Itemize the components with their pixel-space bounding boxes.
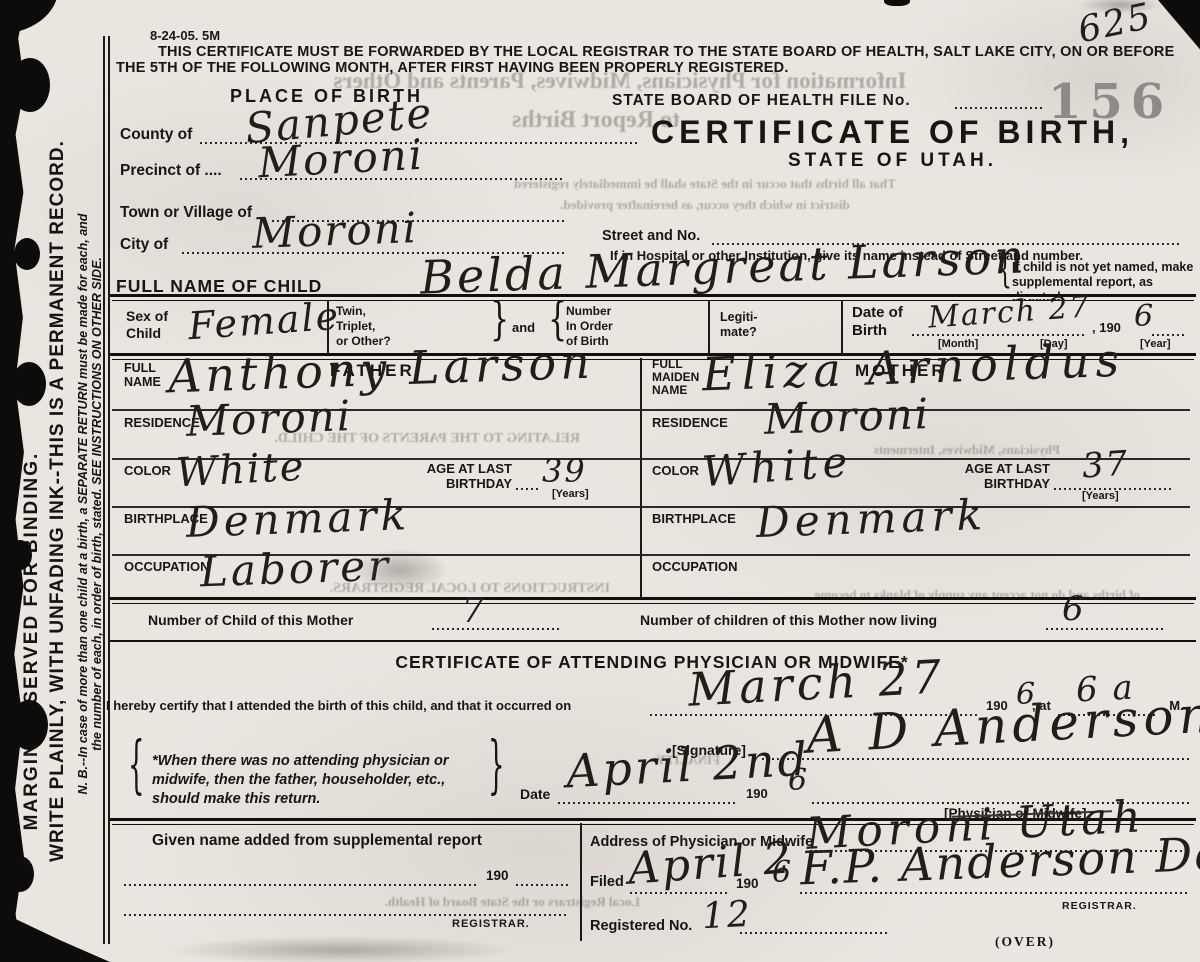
- father-years-label: [Years]: [552, 488, 589, 500]
- smudge: [330, 540, 470, 600]
- margin-nb-note: N. B.--In case of more than one child at…: [76, 64, 104, 944]
- mother-residence-value: Moroni: [763, 393, 931, 441]
- supplemental-year-leader: [516, 884, 568, 886]
- divider: [110, 640, 1196, 642]
- no-physician-note: *When there was no attending physician o…: [152, 752, 449, 809]
- supplemental-year: 190: [486, 868, 509, 883]
- children-living-value: 6: [1062, 592, 1086, 626]
- father-occupation-label: OCCUPATION: [124, 559, 209, 574]
- father-color-value: White: [175, 447, 306, 494]
- and-label: and: [512, 320, 535, 335]
- ink-blot: [14, 238, 40, 270]
- certify-statement: I hereby certify that I attended the bir…: [106, 698, 571, 713]
- legitimate-label: Legiti- mate?: [720, 310, 758, 340]
- registrar-sign-leader: [124, 914, 568, 916]
- father-age-value: 39: [542, 455, 587, 487]
- file-no-leader: [955, 107, 1045, 109]
- mother-residence-label: RESIDENCE: [652, 415, 728, 430]
- father-color-label: COLOR: [124, 463, 171, 478]
- write-line: [642, 554, 1190, 556]
- precinct-label: Precinct of ....: [120, 162, 222, 180]
- ink-blot: [8, 540, 32, 570]
- filed-year-printed: 190: [736, 876, 759, 891]
- dob-label: Date of Birth: [852, 304, 903, 340]
- punch-hole: [10, 700, 48, 750]
- smudge: [1060, 0, 1180, 18]
- ink-blot: [6, 856, 34, 892]
- date-year-printed: 190: [746, 786, 768, 801]
- filed-year-digit: 6: [772, 858, 793, 888]
- date-label: Date: [520, 786, 550, 802]
- note-brace-open: {: [128, 731, 145, 803]
- children-living-label: Number of children of this Mother now li…: [640, 612, 937, 628]
- mother-age-value: 37: [1081, 446, 1131, 483]
- dob-year-leader: [1152, 334, 1186, 336]
- form-code: 8-24-05. 5M: [150, 28, 220, 43]
- registrar-small-label: REGISTRAR.: [1062, 900, 1137, 912]
- mother-color-label: COLOR: [652, 463, 699, 478]
- divider: [110, 597, 1196, 602]
- file-no-label: STATE BOARD OF HEALTH FILE No.: [612, 92, 911, 110]
- certificate-subtitle: STATE OF UTAH.: [595, 150, 1190, 172]
- father-age-label: AGE AT LAST BIRTHDAY: [402, 461, 512, 491]
- year-label: [Year]: [1140, 338, 1171, 350]
- cell-border: [708, 300, 710, 353]
- punch-hole: [12, 362, 46, 406]
- father-birthplace-value: Denmark: [185, 494, 410, 544]
- father-age-leader: [516, 488, 540, 490]
- margin-nb-line2: the number of each, in order of birth, s…: [90, 257, 104, 751]
- footer-column-divider: [580, 823, 582, 941]
- father-residence-value: Moroni: [185, 395, 353, 443]
- mother-birthplace-value: Denmark: [755, 494, 987, 544]
- child-number-label: Number of Child of this Mother: [148, 612, 353, 628]
- margin-nb-line1: N. B.--In case of more than one child at…: [76, 214, 90, 795]
- birth-certificate-scan: Information for Physicians, Midwives, Pa…: [0, 0, 1200, 962]
- mother-occupation-label: OCCUPATION: [652, 559, 737, 574]
- city-label: City of: [120, 236, 168, 254]
- child-name-value: Belda Margreat Larson: [419, 233, 1027, 300]
- father-name-label: FULL NAME: [124, 361, 161, 389]
- city-value: Moroni: [251, 207, 419, 255]
- mother-birthplace-label: BIRTHPLACE: [652, 511, 736, 526]
- sex-value: Female: [187, 297, 341, 346]
- child-number-leader: [432, 628, 562, 630]
- mother-name-label: FULL MAIDEN NAME: [652, 358, 699, 397]
- registered-no-leader: [740, 932, 890, 934]
- parent-column-divider: [640, 358, 642, 598]
- dob-year-digit: 6: [1134, 302, 1155, 332]
- supplemental-label: Given name added from supplemental repor…: [152, 832, 482, 850]
- date-value: April 2nd: [565, 736, 811, 795]
- filed-label: Filed: [590, 874, 624, 890]
- physician-section-title: CERTIFICATE OF ATTENDING PHYSICIAN OR MI…: [112, 652, 1192, 673]
- forwarding-notice: THIS CERTIFICATE MUST BE FORWARDED BY TH…: [116, 44, 1176, 76]
- registered-no-label: Registered No.: [590, 918, 692, 934]
- ink-blot: [10, 58, 50, 112]
- binding-rule-inner: [108, 36, 110, 944]
- binding-rule: [103, 36, 105, 944]
- child-note-brace: {: [998, 248, 1012, 293]
- note-brace-close: }: [488, 731, 505, 803]
- smudge: [90, 930, 590, 962]
- mother-name-value: Eliza Arnoldus: [701, 337, 1126, 398]
- edge-mark-top: [884, 0, 910, 6]
- registrar-label: REGISTRAR.: [452, 918, 530, 930]
- corner-mark: [0, 0, 58, 34]
- town-label: Town or Village of: [120, 204, 252, 222]
- county-label: County of: [120, 126, 192, 144]
- sex-label: Sex of Child: [126, 308, 168, 342]
- over-label: (OVER): [995, 934, 1055, 950]
- mother-color-value: White: [701, 441, 854, 493]
- filed-value: April 2: [627, 836, 795, 891]
- mother-years-label: [Years]: [1082, 490, 1119, 502]
- registered-no-value: 12: [701, 897, 753, 936]
- mother-age-label: AGE AT LAST BIRTHDAY: [940, 461, 1050, 491]
- supplemental-leader: [124, 884, 476, 886]
- dob-value: March 27: [927, 292, 1091, 333]
- margin-write-plainly-note: WRITE PLAINLY, WITH UNFADING INK--THIS I…: [47, 51, 69, 951]
- date-leader: [558, 802, 738, 804]
- father-name-value: Anthony Larson: [167, 339, 594, 400]
- bleedthrough-text: Local Registrars or the State Board of H…: [210, 892, 640, 912]
- precinct-value: Moroni: [257, 134, 425, 185]
- certificate-title: CERTIFICATE OF BIRTH,: [595, 114, 1190, 151]
- date-year-digit: 6: [788, 766, 809, 796]
